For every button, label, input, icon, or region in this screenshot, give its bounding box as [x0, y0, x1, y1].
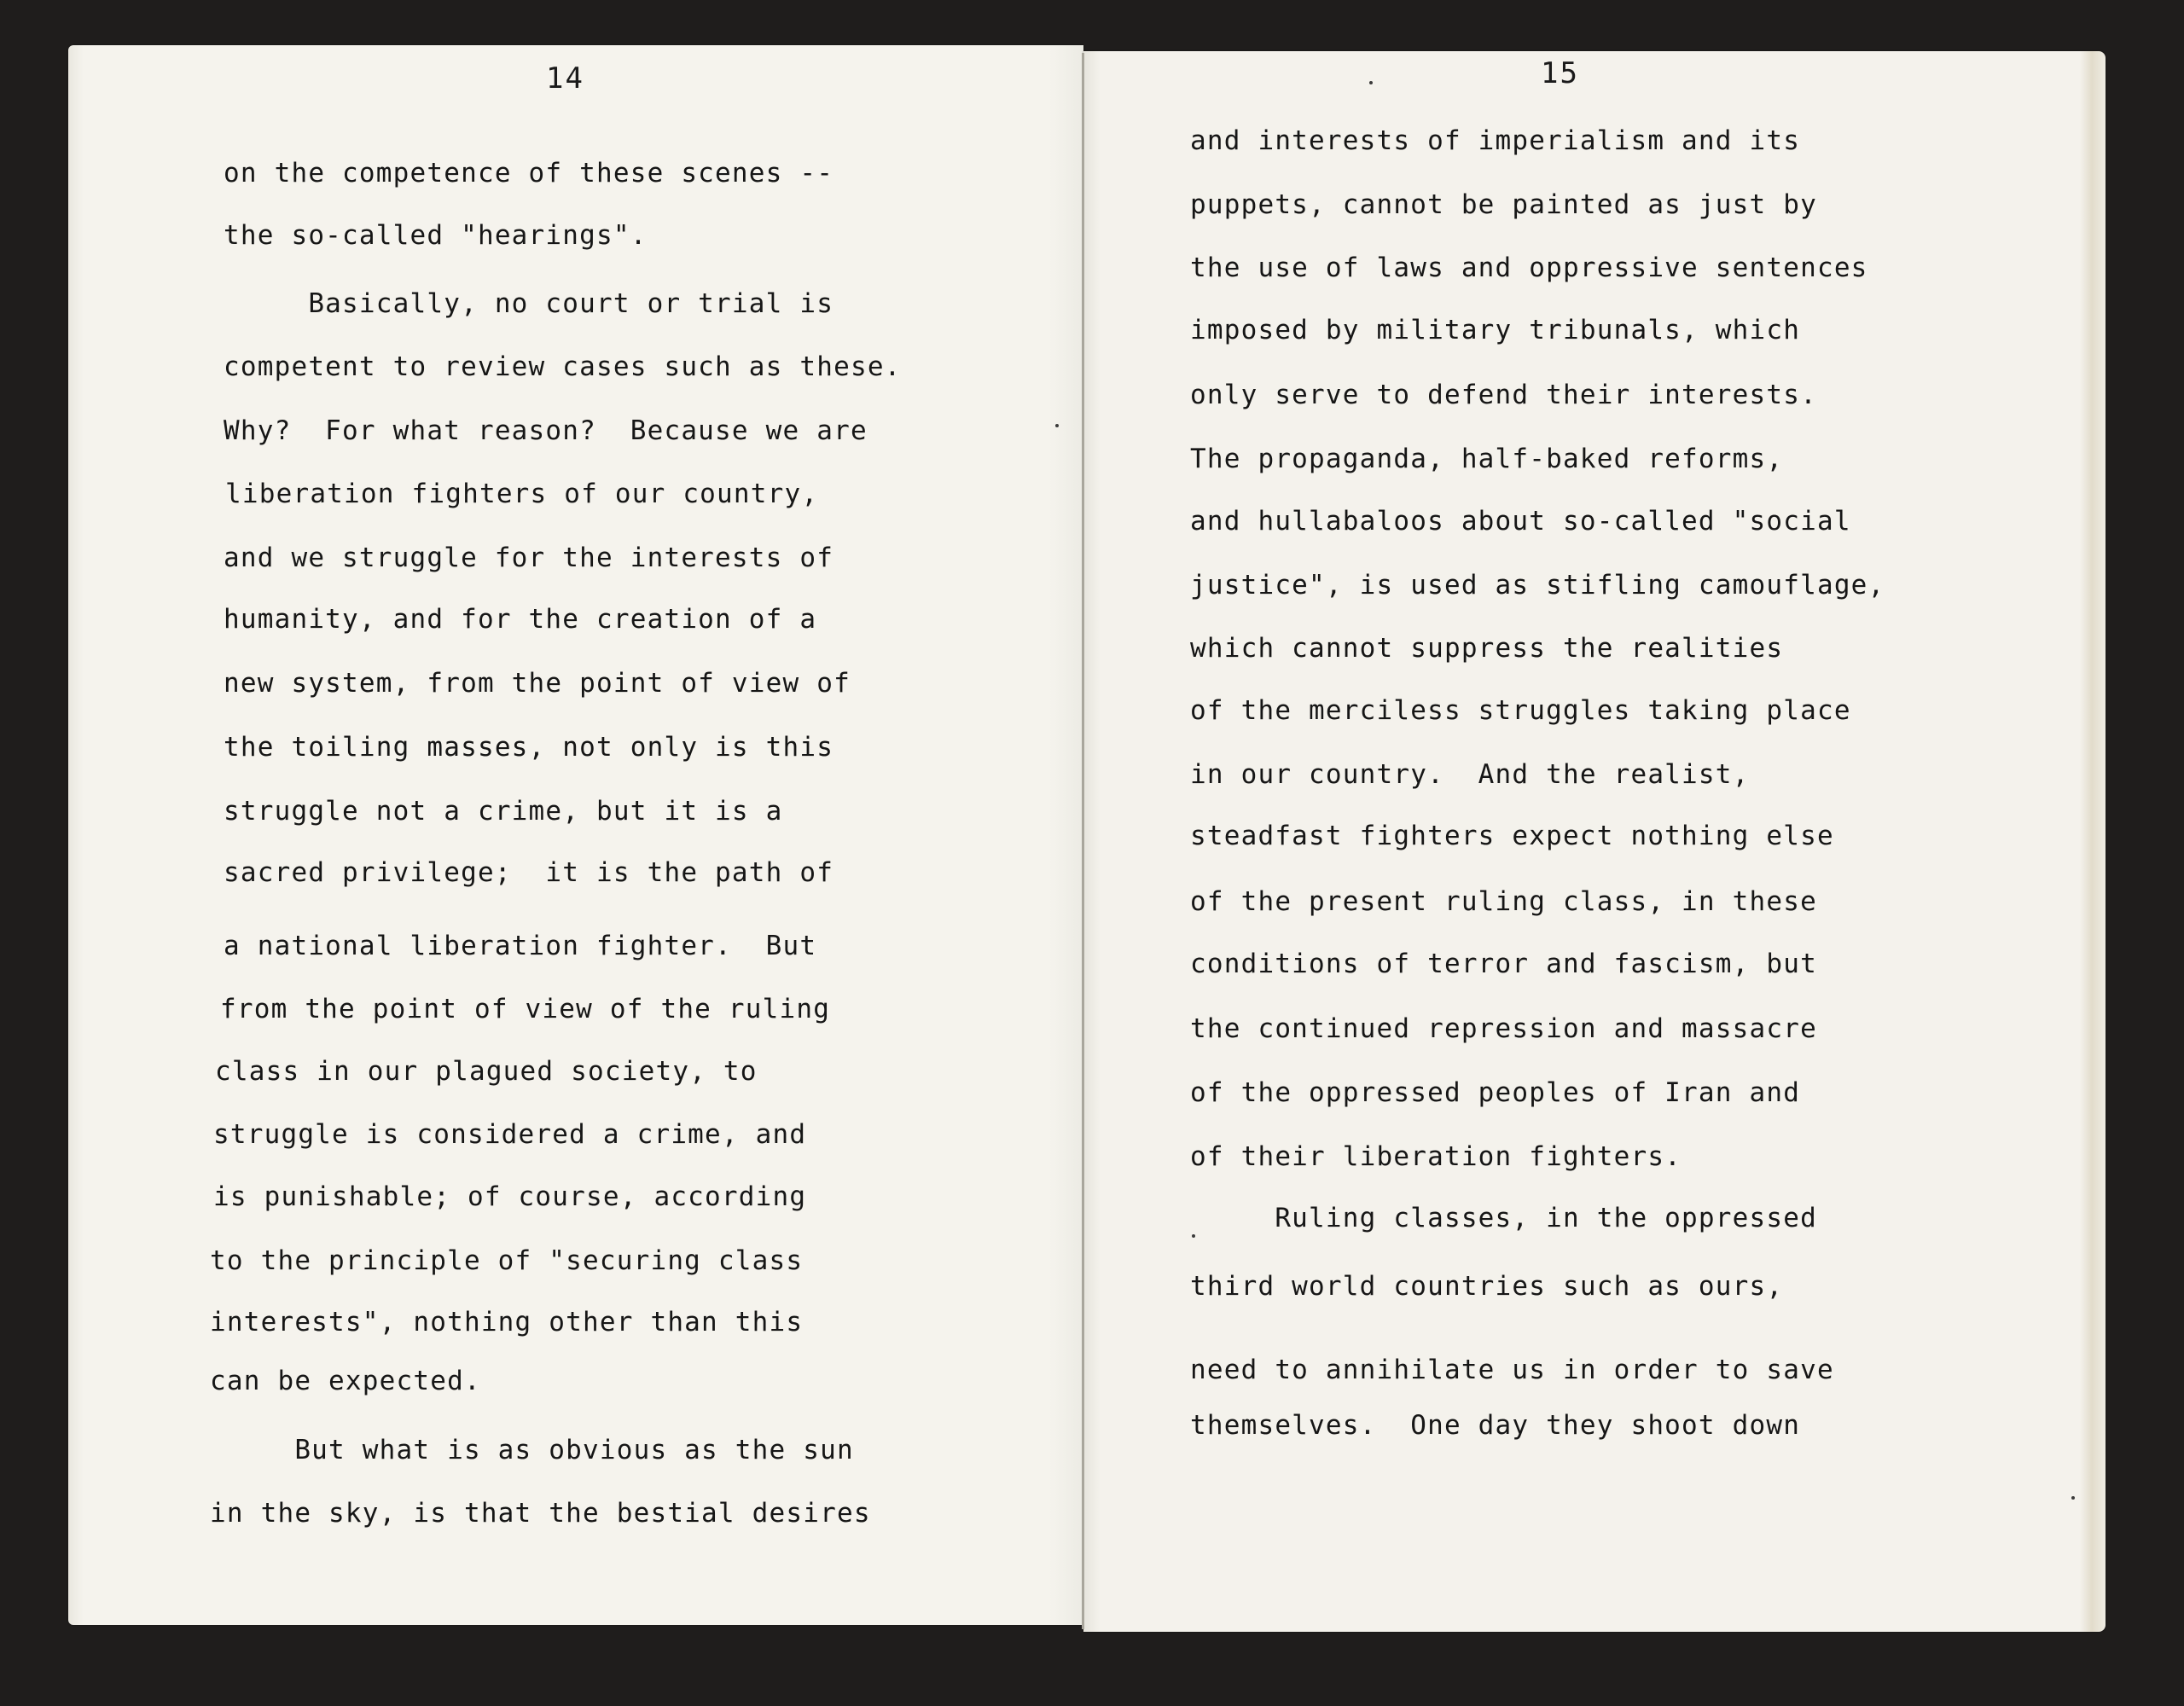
text-line: The propaganda, half-baked reforms,	[1190, 444, 1783, 474]
text-line: and hullabaloos about so-called "social	[1190, 506, 1851, 537]
text-line: in the sky, is that the bestial desires	[210, 1498, 871, 1529]
text-line: in our country. And the realist,	[1190, 759, 1750, 790]
text-line: of the present ruling class, in these	[1190, 886, 1817, 917]
text-line: the toiling masses, not only is this	[224, 732, 834, 763]
text-line: of their liberation fighters.	[1190, 1141, 1682, 1172]
text-line: the use of laws and oppressive sentences	[1190, 252, 1868, 283]
text-line: third world countries such as ours,	[1190, 1271, 1783, 1302]
text-line: puppets, cannot be painted as just by	[1190, 189, 1817, 220]
text-line: competent to review cases such as these.	[224, 351, 902, 382]
paper-speck	[1369, 81, 1373, 84]
text-line: only serve to defend their interests.	[1190, 380, 1817, 410]
text-line: conditions of terror and fascism, but	[1190, 949, 1817, 979]
text-line: themselves. One day they shoot down	[1190, 1410, 1800, 1441]
text-line: liberation fighters of our country,	[225, 479, 818, 509]
page-number-left: 14	[546, 61, 584, 96]
text-line: Basically, no court or trial is	[224, 288, 834, 319]
text-line: on the competence of these scenes --	[224, 158, 834, 189]
text-line: Why? For what reason? Because we are	[224, 415, 868, 446]
text-line: steadfast fighters expect nothing else	[1190, 821, 1834, 851]
text-line: imposed by military tribunals, which	[1190, 315, 1800, 345]
page-number-right: 15	[1541, 56, 1579, 90]
paper-speck	[1192, 1234, 1195, 1238]
text-line: justice", is used as stifling camouflage…	[1190, 570, 1885, 601]
text-line: is punishable; of course, according	[213, 1181, 806, 1212]
paper-speck	[2071, 1496, 2075, 1500]
text-line: of the oppressed peoples of Iran and	[1190, 1077, 1800, 1108]
text-line: But what is as obvious as the sun	[210, 1435, 854, 1465]
text-line: and interests of imperialism and its	[1190, 125, 1800, 156]
text-line: of the merciless struggles taking place	[1190, 695, 1851, 726]
text-line: from the point of view of the ruling	[220, 994, 830, 1024]
book-spine	[1082, 53, 1084, 1629]
text-line: humanity, and for the creation of a	[224, 604, 816, 635]
text-line: struggle is considered a crime, and	[213, 1119, 806, 1150]
text-line: to the principle of "securing class	[210, 1245, 803, 1276]
text-line: Ruling classes, in the oppressed	[1190, 1203, 1817, 1233]
text-line: sacred privilege; it is the path of	[224, 857, 834, 888]
paper-speck	[1055, 424, 1059, 427]
text-line: struggle not a crime, but it is a	[224, 796, 783, 827]
text-line: new system, from the point of view of	[224, 668, 851, 699]
text-line: and we struggle for the interests of	[224, 543, 834, 573]
text-line: can be expected.	[210, 1366, 481, 1396]
text-line: a national liberation fighter. But	[224, 931, 816, 961]
text-line: the continued repression and massacre	[1190, 1013, 1817, 1044]
text-line: class in our plagued society, to	[215, 1056, 758, 1087]
text-line: the so-called "hearings".	[224, 220, 648, 251]
text-line: interests", nothing other than this	[210, 1307, 803, 1338]
text-line: which cannot suppress the realities	[1190, 633, 1783, 664]
text-line: need to annihilate us in order to save	[1190, 1355, 1834, 1385]
